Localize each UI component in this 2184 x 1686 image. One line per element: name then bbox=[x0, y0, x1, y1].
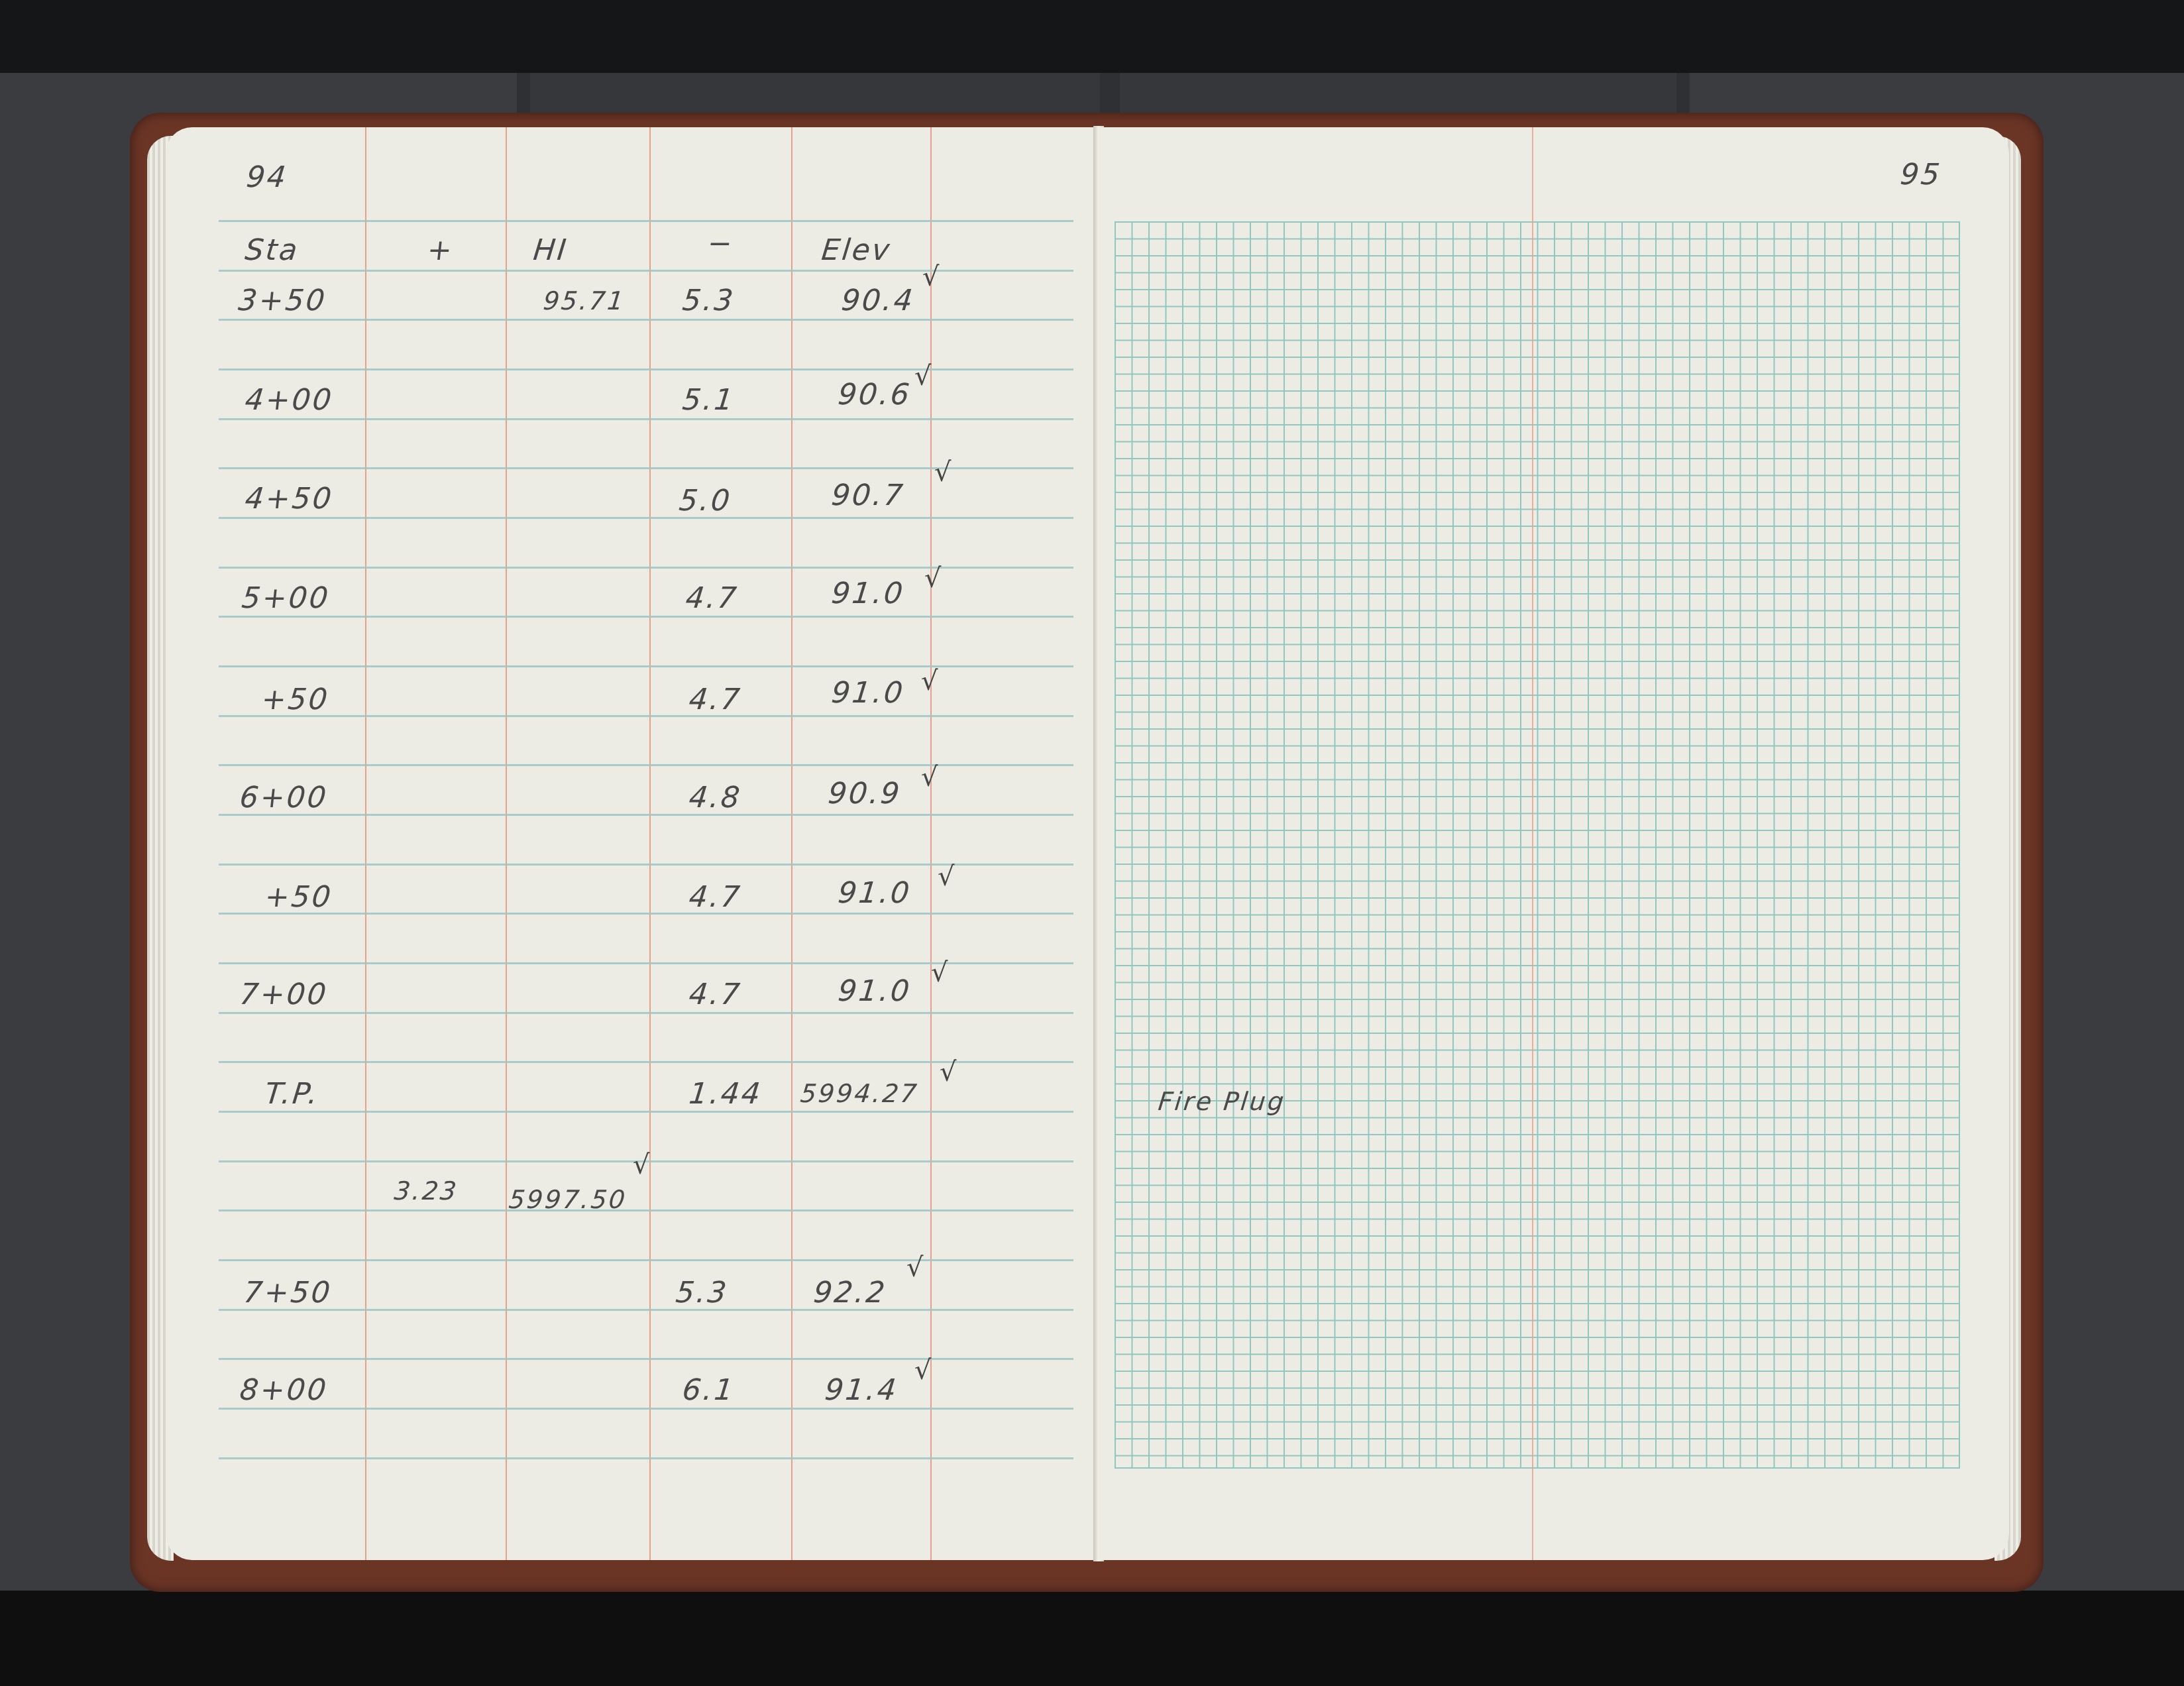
check-mark-icon: √ bbox=[906, 1253, 924, 1283]
center-red-line bbox=[1532, 127, 1533, 1560]
check-mark-icon: √ bbox=[921, 762, 938, 793]
column-divider bbox=[649, 127, 651, 1560]
column-divider bbox=[365, 127, 366, 1560]
page-number-right: 95 bbox=[1898, 158, 1943, 192]
cell-elev: 92.2 bbox=[812, 1276, 888, 1310]
cell-station: T.P. bbox=[263, 1077, 321, 1111]
check-mark-icon: √ bbox=[940, 1057, 957, 1088]
header-minus: − bbox=[706, 227, 736, 260]
header-station: Sta bbox=[243, 233, 301, 267]
cell-minus: 4.7 bbox=[687, 683, 743, 716]
left-page bbox=[166, 127, 1097, 1560]
cell-minus: 1.44 bbox=[687, 1077, 763, 1111]
check-mark-icon: √ bbox=[931, 958, 948, 988]
cell-station: 7+00 bbox=[238, 978, 329, 1011]
cell-station: 8+00 bbox=[238, 1373, 329, 1407]
page-number-left: 94 bbox=[245, 160, 289, 194]
cell-minus: 4.8 bbox=[687, 781, 743, 815]
scanner-top-bar bbox=[0, 0, 2184, 73]
cell-station: 3+50 bbox=[237, 284, 328, 317]
header-hi: HI bbox=[531, 233, 569, 267]
cell-hi: 5997.50 bbox=[508, 1185, 629, 1214]
cell-minus: 5.1 bbox=[681, 383, 736, 417]
cell-elev: 91.0 bbox=[830, 676, 906, 710]
cell-elev: 91.0 bbox=[830, 577, 906, 610]
header-plus: + bbox=[425, 233, 455, 267]
column-divider bbox=[506, 127, 507, 1560]
cell-elev: 90.6 bbox=[836, 378, 912, 412]
cell-minus: 6.1 bbox=[681, 1373, 736, 1407]
cell-elev: 91.0 bbox=[836, 974, 912, 1008]
cell-station: 4+50 bbox=[243, 482, 335, 516]
cell-station: 4+00 bbox=[243, 383, 335, 417]
check-mark-icon: √ bbox=[914, 361, 932, 392]
check-mark-icon: √ bbox=[934, 457, 952, 488]
cell-hi: 95.71 bbox=[542, 286, 627, 315]
cell-station: +50 bbox=[263, 880, 334, 914]
cell-elev: 90.4 bbox=[840, 284, 916, 317]
header-elevation: Elev bbox=[820, 233, 893, 267]
cell-minus: 4.7 bbox=[684, 581, 739, 615]
column-divider bbox=[791, 127, 792, 1560]
cell-station: 6+00 bbox=[238, 781, 329, 815]
check-mark-icon: √ bbox=[914, 1355, 932, 1386]
cell-minus: 5.3 bbox=[674, 1276, 730, 1310]
fire-plug-note: Fire Plug bbox=[1157, 1087, 1287, 1116]
column-divider bbox=[930, 127, 932, 1560]
check-mark-icon: √ bbox=[633, 1150, 650, 1180]
graph-paper-grid bbox=[1115, 221, 1960, 1469]
cell-station: +50 bbox=[260, 683, 331, 716]
cell-station: 5+00 bbox=[240, 581, 331, 615]
check-mark-icon: √ bbox=[924, 563, 942, 594]
cell-minus: 4.7 bbox=[687, 978, 743, 1011]
cell-plus: 3.23 bbox=[393, 1176, 460, 1206]
cell-station: 7+50 bbox=[242, 1276, 333, 1310]
cell-elev: 90.9 bbox=[826, 777, 902, 811]
cell-elev: 91.0 bbox=[836, 876, 912, 910]
cell-minus: 5.0 bbox=[677, 484, 733, 518]
scanner-bottom-bar bbox=[0, 1591, 2184, 1686]
check-mark-icon: √ bbox=[922, 262, 940, 292]
check-mark-icon: √ bbox=[938, 862, 955, 892]
cell-minus: 5.3 bbox=[681, 284, 736, 317]
cell-minus: 4.7 bbox=[687, 880, 743, 914]
cell-elev: 91.4 bbox=[823, 1373, 899, 1407]
check-mark-icon: √ bbox=[921, 666, 938, 697]
cell-elev: 90.7 bbox=[830, 478, 906, 512]
cell-elev: 5994.27 bbox=[799, 1079, 920, 1108]
